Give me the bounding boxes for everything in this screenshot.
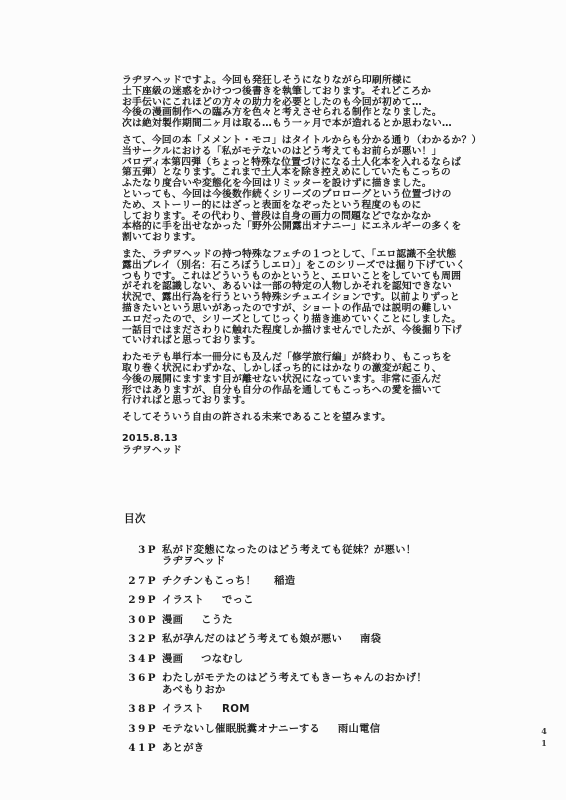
toc-page-number: 32P <box>122 634 158 646</box>
toc-entry-title: チクチンもこっち！ <box>162 575 256 587</box>
toc-heading: 目次 <box>124 514 542 526</box>
table-of-contents: 目次 3P 私がド変態になったのはどう考えても従妹？が悪い！ ラヂヲヘッド 27… <box>122 514 542 763</box>
toc-entry-text: チクチンもこっち！ 稲造 <box>162 576 295 588</box>
toc-item: 34P 漫画 つなむし <box>122 654 542 666</box>
toc-entry-author: ラヂヲヘッド <box>162 556 416 568</box>
afterword-paragraph-2: さて、今回の本「メメント・モコ」はタイトルからも分かる通り（わかるか？） 当サー… <box>122 136 494 244</box>
afterword-paragraph-1: ラヂヲヘッドですよ。今回も発狂しそうになりながら印刷所様に 土下座級の迷惑をかけ… <box>122 76 494 130</box>
afterword-date: 2015.8.13 <box>122 434 494 445</box>
toc-entry-author: こうた <box>201 614 233 626</box>
toc-entry-title: わたしがモテたのはどう考えてもきーちゃんのおかげ！ <box>162 672 427 684</box>
toc-entry-text: 漫画 こうた <box>162 615 233 627</box>
toc-entry-author: つなむし <box>201 653 243 665</box>
toc-entry-title: モテないし催眠脱糞オナニーする <box>162 723 320 735</box>
toc-entry-author: 南袋 <box>360 633 381 645</box>
toc-entry-title: 漫画 <box>162 614 183 626</box>
toc-entry-text: イラスト ROM <box>162 704 250 716</box>
toc-entry-title: 私が孕んだのはどう考えても娘が悪い <box>162 633 342 645</box>
toc-item: 38P イラスト ROM <box>122 704 542 716</box>
toc-page-number: 27P <box>122 576 158 588</box>
toc-entry-author: 稲造 <box>274 575 295 587</box>
toc-entry-text: あとがき <box>162 743 204 755</box>
toc-page-number: 34P <box>122 654 158 666</box>
toc-item: 29P イラスト でっこ <box>122 595 542 607</box>
afterword-paragraph-3: また、ラヂヲヘッドの持つ特殊なフェチの１つとして、「エロ認識不全状態 露出プレイ… <box>122 250 494 347</box>
toc-page-number: 3P <box>122 545 158 568</box>
toc-entry-title: イラスト <box>162 594 204 606</box>
toc-entry-author: でっこ <box>222 594 254 606</box>
toc-page-number: 39P <box>122 724 158 736</box>
toc-entry-author: あべもりおか <box>162 685 427 697</box>
afterword-closing-line: そしてそういう自由の許される未来であることを望みます。 <box>122 413 494 424</box>
toc-entry-text: 漫画 つなむし <box>162 654 243 666</box>
toc-item: 41P あとがき <box>122 743 542 755</box>
toc-entry-title: あとがき <box>162 742 204 754</box>
toc-page-number: 36P <box>122 673 158 696</box>
scanned-afterword-page: ラヂヲヘッドですよ。今回も発狂しそうになりながら印刷所様に 土下座級の迷惑をかけ… <box>0 0 566 800</box>
toc-entry-author: 雨山電信 <box>338 723 380 735</box>
toc-entry-text: 私が孕んだのはどう考えても娘が悪い 南袋 <box>162 634 381 646</box>
afterword-paragraph-4: わたモテも単行本一冊分にも及んだ「修学旅行編」が終わり、もこっちを 取り巻く状況… <box>122 353 494 407</box>
toc-entry-text: イラスト でっこ <box>162 595 254 607</box>
toc-page-number: 38P <box>122 704 158 716</box>
toc-entry-author: ROM <box>222 703 250 715</box>
toc-entry-text: わたしがモテたのはどう考えてもきーちゃんのおかげ！ あべもりおか <box>162 673 427 696</box>
toc-item: 30P 漫画 こうた <box>122 615 542 627</box>
toc-item: 3P 私がド変態になったのはどう考えても従妹？が悪い！ ラヂヲヘッド <box>122 545 542 568</box>
toc-item: 32P 私が孕んだのはどう考えても娘が悪い 南袋 <box>122 634 542 646</box>
toc-entry-text: 私がド変態になったのはどう考えても従妹？が悪い！ ラヂヲヘッド <box>162 545 416 568</box>
toc-item: 27P チクチンもこっち！ 稲造 <box>122 576 542 588</box>
toc-entry-title: 私がド変態になったのはどう考えても従妹？が悪い！ <box>162 544 416 556</box>
toc-entry-title: イラスト <box>162 703 204 715</box>
toc-item: 39P モテないし催眠脱糞オナニーする 雨山電信 <box>122 724 542 736</box>
toc-entry-title: 漫画 <box>162 653 183 665</box>
toc-entry-text: モテないし催眠脱糞オナニーする 雨山電信 <box>162 724 380 736</box>
toc-item: 36P わたしがモテたのはどう考えてもきーちゃんのおかげ！ あべもりおか <box>122 673 542 696</box>
toc-page-number: 29P <box>122 595 158 607</box>
toc-page-number: 30P <box>122 615 158 627</box>
toc-page-number: 41P <box>122 743 158 755</box>
page-number: 41 <box>540 726 548 750</box>
afterword-section: ラヂヲヘッドですよ。今回も発狂しそうになりながら印刷所様に 土下座級の迷惑をかけ… <box>122 76 494 457</box>
afterword-author: ラヂヲヘッド <box>122 446 494 457</box>
